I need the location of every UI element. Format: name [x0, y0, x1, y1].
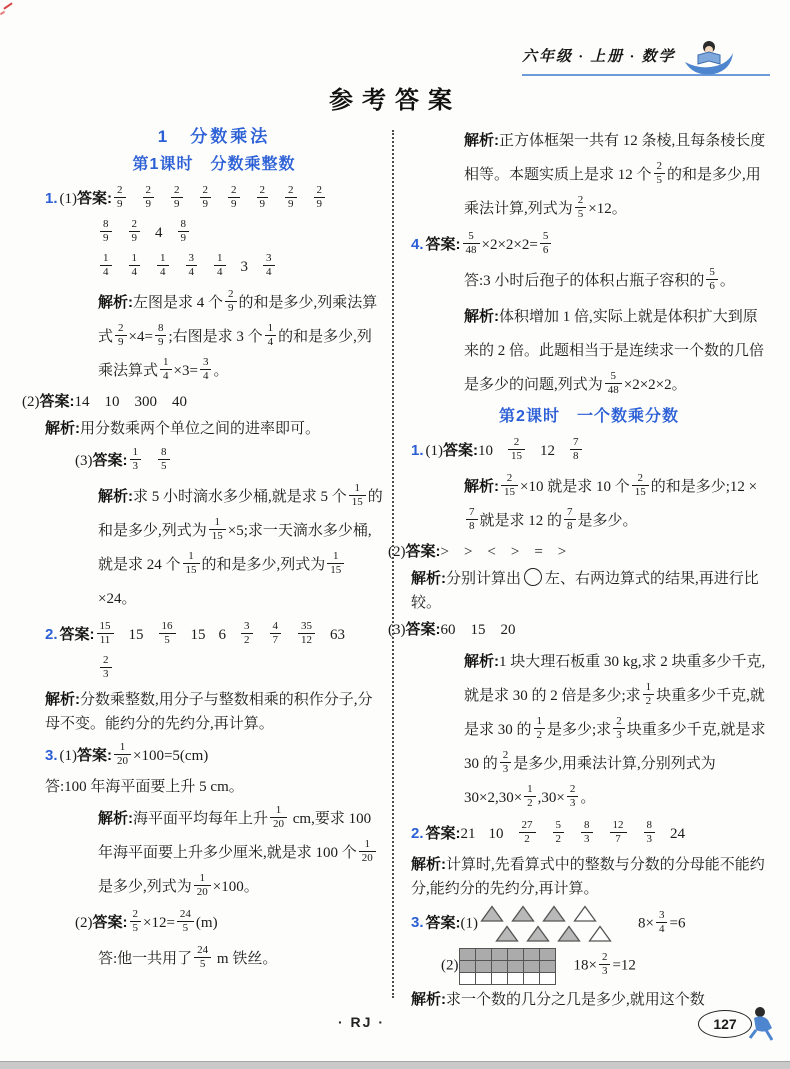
item-number: 3. [411, 914, 426, 931]
fraction: 29 [143, 184, 155, 210]
fraction-numerator: 1 [157, 252, 169, 266]
scan-edge [0, 1061, 790, 1069]
fraction-numerator: 24 [194, 944, 211, 958]
fraction-numerator: 2 [228, 184, 240, 198]
fraction-numerator: 2 [654, 160, 666, 174]
fraction-numerator: 3 [656, 909, 668, 923]
fraction-numerator: 35 [298, 620, 315, 634]
section-heading: 1 分数乘法 [45, 124, 383, 150]
fraction-numerator: 1 [194, 872, 211, 886]
fraction-numerator: 5 [540, 230, 552, 244]
fraction-denominator: 3 [130, 460, 142, 473]
fraction: 215 [501, 472, 518, 498]
fraction: 120 [270, 804, 287, 830]
text-run: 3 [241, 259, 249, 275]
fraction-denominator: 20 [194, 886, 211, 899]
fraction: 29 [129, 218, 141, 244]
answer-paragraph: 1.(1)答案:102151278 [464, 434, 767, 468]
answer-sheet-page: 六年级 · 上册 · 数学 参考答案 1 分数乘法第1课时 分数乘整数1.(1)… [0, 0, 790, 1069]
fraction-denominator: 20 [359, 852, 376, 865]
fraction-denominator: 4 [263, 266, 275, 279]
fraction-numerator: 2 [257, 184, 269, 198]
text-run: ×100=5(cm) [133, 748, 208, 764]
fraction-denominator: 4 [265, 336, 277, 349]
fraction-denominator: 2 [241, 634, 253, 647]
answer-paragraph: (2)答案:25×12=245(m) [98, 906, 383, 940]
answer-paragraph: 解析:215×10 就是求 10 个215的和是多少;12 ×78就是求 12 … [464, 470, 767, 538]
text-run: (1) [461, 915, 479, 931]
fraction-numerator: 1 [129, 252, 141, 266]
fraction-numerator: 1 [183, 550, 200, 564]
fraction: 14 [129, 252, 141, 278]
fraction-denominator: 4 [214, 266, 226, 279]
page-number-badge: 127 [698, 1004, 778, 1046]
fraction-denominator: 2 [519, 833, 536, 846]
text-run: ×3= [174, 363, 198, 379]
text-run: ×2×2×2。 [624, 377, 687, 393]
text-run: 海平面平均每年上升 [133, 811, 268, 827]
text-run: (m) [196, 915, 218, 931]
fraction-numerator: 1 [100, 252, 112, 266]
grid-row [459, 948, 555, 960]
answers-left-column: 1 分数乘法第1课时 分数乘整数1.(1)答案:2929292929292929… [45, 124, 383, 1015]
fraction: 29 [200, 184, 212, 210]
text-run: 15 [129, 627, 144, 643]
fraction-denominator: 4 [100, 266, 112, 279]
empty-cell [491, 972, 508, 985]
fraction-numerator: 16 [159, 620, 176, 634]
scan-mark [3, 2, 12, 9]
fraction-numerator: 1 [643, 681, 655, 695]
answer-label: 解析: [464, 308, 499, 325]
text-run: 63 [330, 627, 345, 643]
answer-label: 答案: [77, 190, 112, 207]
item-number: 1. [45, 190, 60, 207]
fraction-denominator: 15 [632, 486, 649, 499]
fraction: 120 [114, 741, 131, 767]
text-run: 24 [670, 826, 685, 842]
fraction-denominator: 3 [567, 797, 579, 810]
fraction-denominator: 48 [463, 244, 480, 257]
fraction-denominator: 5 [158, 460, 170, 473]
fraction: 115 [209, 516, 226, 542]
fraction-numerator: 2 [314, 184, 326, 198]
text-run: 分别计算出 [446, 571, 521, 587]
section-heading: 第1课时 分数乘整数 [45, 152, 383, 178]
text-run: 分数乘整数,用分子与整数相乘的积作分子,分母不变。能约分的先约分,再计算。 [45, 692, 373, 732]
answer-paragraph: 2.答案:211027252831278324 [464, 817, 767, 851]
text-run: 用分数乘两个单位之间的进率即可。 [80, 421, 320, 437]
fraction-numerator: 2 [129, 218, 141, 232]
fraction-denominator: 9 [314, 198, 326, 211]
text-run: ×4= [129, 329, 153, 345]
fraction: 78 [466, 506, 478, 532]
empty-triangle-icon [588, 924, 612, 943]
text-run: > > < > = > [441, 544, 567, 560]
answer-label: 答案: [77, 747, 112, 764]
fraction-numerator: 2 [285, 184, 297, 198]
shaded-triangle-icon [495, 924, 519, 943]
text-run: 答:他一共用了 [98, 951, 192, 967]
fraction-denominator: 15 [349, 496, 366, 509]
fraction-numerator: 15 [97, 620, 114, 634]
fraction: 34 [200, 356, 212, 382]
answer-label: 解析: [98, 294, 133, 311]
fraction: 29 [225, 288, 237, 314]
fraction: 23 [567, 783, 579, 809]
text-run: (2) [388, 544, 406, 560]
fraction-numerator: 1 [534, 715, 546, 729]
text-run: ×24。 [98, 591, 136, 607]
text-run: 计算时,先看算式中的整数与分数的分母能不能约分,能约分的先约分,再计算。 [411, 857, 765, 897]
fraction-denominator: 4 [157, 266, 169, 279]
text-run: 10 [478, 443, 493, 459]
fraction: 83 [581, 819, 593, 845]
fraction-denominator: 9 [285, 198, 297, 211]
fraction-numerator: 3 [186, 252, 198, 266]
fraction-denominator: 5 [654, 174, 666, 187]
text-run: 左图是求 4 个 [133, 295, 223, 311]
fraction-numerator: 3 [200, 356, 212, 370]
answer-paragraph: 答:100 年海平面要上升 5 cm。 [45, 775, 383, 799]
fraction-numerator: 5 [706, 266, 718, 280]
fraction-numerator: 1 [524, 783, 536, 797]
scan-mark [0, 11, 5, 16]
page-header: 六年级 · 上册 · 数学 [522, 38, 770, 76]
fraction-denominator: 15 [183, 564, 200, 577]
fraction-denominator: 3 [581, 833, 593, 846]
fraction-numerator: 2 [225, 288, 237, 302]
empty-cell [459, 972, 476, 985]
fraction-denominator: 6 [540, 244, 552, 257]
shaded-triangle-icon [542, 904, 566, 923]
text-run: 。 [720, 273, 735, 289]
text-run: 是多少;求 [547, 722, 611, 738]
fraction: 23 [100, 654, 112, 680]
answer-label: 答案: [443, 442, 478, 459]
fraction: 56 [706, 266, 718, 292]
fraction-numerator: 2 [501, 472, 518, 486]
item-number: 2. [411, 825, 426, 842]
fraction: 23 [613, 715, 625, 741]
fraction: 34 [656, 909, 668, 935]
fraction-numerator: 1 [349, 482, 366, 496]
fraction: 29 [314, 184, 326, 210]
answers-right-column: 解析:正方体框架一共有 12 条棱,且每条棱长度相等。本题实质上是求 12 个2… [411, 124, 767, 1015]
fraction-numerator: 2 [171, 184, 183, 198]
fraction-numerator: 2 [115, 322, 127, 336]
empty-cell [507, 972, 524, 985]
fraction-denominator: 12 [298, 634, 315, 647]
fraction-denominator: 48 [605, 384, 622, 397]
answer-label: 解析: [411, 991, 446, 1008]
fraction-numerator: 1 [160, 356, 172, 370]
answer-paragraph: 解析:分别计算出左、右两边算式的结果,再进行比较。 [411, 567, 767, 615]
answer-paragraph: 答:3 小时后孢子的体积占瓶子容积的56。 [464, 264, 767, 298]
fraction-denominator: 3 [644, 833, 656, 846]
fraction: 47 [270, 620, 282, 646]
answer-paragraph: 解析:海平面平均每年上升120 cm,要求 100 年海平面要上升多少厘米,就是… [98, 802, 383, 904]
text-run: =12 [612, 957, 635, 973]
fraction-denominator: 4 [200, 370, 212, 383]
empty-cell [475, 972, 492, 985]
circle-placeholder-icon [524, 568, 542, 586]
answer-paragraph: 2.答案:151115165156324735126323 [98, 618, 383, 686]
fraction-denominator: 5 [177, 922, 194, 935]
text-run: 8× [623, 915, 654, 931]
text-run: (2) [441, 957, 459, 973]
fraction: 115 [327, 550, 344, 576]
shaded-triangle-icon [526, 924, 550, 943]
fraction: 14 [157, 252, 169, 278]
page-title: 参考答案 [0, 80, 790, 115]
answer-label: 解析: [45, 420, 80, 437]
answer-label: 答案: [406, 543, 441, 560]
answers-body: 1 分数乘法第1课时 分数乘整数1.(1)答案:2929292929292929… [45, 124, 767, 1015]
text-run: 21 [461, 826, 476, 842]
fraction: 23 [500, 749, 512, 775]
section-heading: 第2课时 一个数乘分数 [411, 404, 767, 430]
text-run: (1) [60, 191, 78, 207]
fraction-denominator: 3 [100, 668, 112, 681]
grid-figure [459, 948, 555, 984]
fraction: 29 [285, 184, 297, 210]
empty-triangle-icon [573, 904, 597, 923]
fraction-numerator: 12 [610, 819, 627, 833]
fraction-numerator: 27 [519, 819, 536, 833]
text-run: ×10 就是求 10 个 [520, 479, 630, 495]
answer-paragraph: 3.答案:(1) 8×34=6 [464, 904, 767, 944]
item-number: 2. [45, 626, 60, 643]
answer-paragraph: 1.(1)答案:29292929292929298929489141414341… [98, 182, 383, 284]
fraction-numerator: 7 [564, 506, 576, 520]
fraction-denominator: 5 [130, 922, 142, 935]
empty-cell [523, 972, 540, 985]
fraction-denominator: 15 [501, 486, 518, 499]
fraction: 548 [463, 230, 480, 256]
answer-label: 答案: [60, 626, 95, 643]
text-run: 10 [489, 826, 504, 842]
text-run: ×12= [143, 915, 175, 931]
fraction-denominator: 3 [613, 729, 625, 742]
text-run: 的和是多少;12 × [651, 479, 757, 495]
text-run: 。 [213, 363, 228, 379]
fraction-denominator: 9 [143, 198, 155, 211]
grid-row [459, 972, 555, 984]
fraction: 12 [534, 715, 546, 741]
answer-label: 答案: [426, 914, 461, 931]
fraction-denominator: 15 [508, 450, 525, 463]
fraction-numerator: 2 [632, 472, 649, 486]
fraction: 215 [508, 436, 525, 462]
fraction: 34 [263, 252, 275, 278]
answer-label: 解析: [464, 653, 499, 670]
fraction-denominator: 9 [155, 336, 167, 349]
fraction: 165 [159, 620, 176, 646]
item-number: 4. [411, 236, 426, 253]
answer-paragraph: 答:他一共用了245 m 铁丝。 [98, 942, 383, 976]
fraction-numerator: 2 [500, 749, 512, 763]
fraction: 29 [228, 184, 240, 210]
grid-row [459, 960, 555, 972]
page-number: 127 [698, 1010, 752, 1038]
fraction-numerator: 2 [143, 184, 155, 198]
edition-label: 六年级 · 上册 · 数学 [522, 45, 676, 70]
answer-paragraph: 解析:体积增加 1 倍,实际上就是体积扩大到原来的 2 倍。此题相当于是连续求一… [464, 300, 767, 402]
fraction-denominator: 4 [656, 923, 668, 936]
text-run: ×100。 [213, 879, 259, 895]
answer-label: 解析: [464, 132, 499, 149]
fraction: 34 [186, 252, 198, 278]
text-run: 14 10 300 40 [75, 394, 188, 410]
fraction: 14 [100, 252, 112, 278]
fraction-denominator: 20 [114, 755, 131, 768]
text-run: 。 [580, 790, 595, 806]
fraction-denominator: 9 [178, 232, 190, 245]
fraction-numerator: 5 [605, 370, 622, 384]
fraction-numerator: 1 [214, 252, 226, 266]
fraction: 115 [183, 550, 200, 576]
fraction: 29 [114, 184, 126, 210]
fraction-numerator: 1 [327, 550, 344, 564]
fraction-numerator: 8 [644, 819, 656, 833]
text-run: (3) [75, 453, 93, 469]
fraction-numerator: 2 [200, 184, 212, 198]
answer-label: 解析: [411, 570, 446, 587]
fraction: 245 [177, 908, 194, 934]
fraction-denominator: 9 [114, 198, 126, 211]
fraction-denominator: 9 [228, 198, 240, 211]
text-run: 4 [155, 225, 163, 241]
reading-mascot-icon [682, 38, 736, 78]
fraction-numerator: 5 [463, 230, 480, 244]
answer-label: 解析: [464, 478, 499, 495]
fraction-denominator: 9 [257, 198, 269, 211]
text-run: (2) [75, 915, 93, 931]
text-run: 答:3 小时后孢子的体积占瓶子容积的 [464, 273, 704, 289]
fraction: 89 [155, 322, 167, 348]
fraction-numerator: 1 [130, 446, 142, 460]
fraction-denominator: 9 [171, 198, 183, 211]
answer-label: 答案: [406, 621, 441, 638]
fraction-denominator: 11 [97, 634, 114, 647]
fraction: 127 [610, 819, 627, 845]
empty-cell [539, 972, 556, 985]
fraction: 29 [257, 184, 269, 210]
answer-paragraph: (2)答案:> > < > = > [411, 540, 767, 564]
answer-paragraph: (2) 18×23=12 [464, 946, 767, 986]
text-run: 6 [219, 627, 227, 643]
text-run: 是多少。 [578, 513, 638, 529]
text-run: (2) [22, 394, 40, 410]
answer-paragraph: 解析:用分数乘两个单位之间的进率即可。 [45, 417, 383, 441]
fraction: 272 [519, 819, 536, 845]
text-run: 12 [540, 443, 555, 459]
answer-label: 答案: [93, 914, 128, 931]
fraction-denominator: 8 [466, 520, 478, 533]
imprint-label: · RJ · [338, 1014, 385, 1030]
fraction-numerator: 3 [241, 620, 253, 634]
text-run: ;右图是求 3 个 [168, 329, 262, 345]
fraction-denominator: 8 [570, 450, 582, 463]
fraction-denominator: 4 [160, 370, 172, 383]
fraction: 1511 [97, 620, 114, 646]
fraction: 25 [654, 160, 666, 186]
fraction-denominator: 9 [115, 336, 127, 349]
fraction-numerator: 8 [158, 446, 170, 460]
text-run: 求 5 小时滴水多少桶,就是求 5 个 [133, 489, 347, 505]
text-run: 18× [559, 957, 597, 973]
answer-paragraph: (3)答案:1385 [98, 444, 383, 478]
fraction-denominator: 2 [524, 797, 536, 810]
fraction-numerator: 2 [613, 715, 625, 729]
fraction-numerator: 1 [114, 741, 131, 755]
fraction-denominator: 15 [209, 530, 226, 543]
fraction-numerator: 8 [100, 218, 112, 232]
triangle-row [480, 904, 619, 924]
text-run: =6 [669, 915, 685, 931]
fraction: 14 [160, 356, 172, 382]
fraction-denominator: 9 [225, 302, 237, 315]
answer-paragraph: 解析:左图是求 4 个29的和是多少,列乘法算式29×4=89;右图是求 3 个… [98, 286, 383, 388]
fraction-numerator: 1 [270, 804, 287, 818]
text-run: 60 15 20 [441, 622, 516, 638]
fraction-denominator: 3 [500, 763, 512, 776]
fraction-numerator: 7 [466, 506, 478, 520]
fraction: 78 [570, 436, 582, 462]
answer-label: 答案: [426, 236, 461, 253]
text-run: 就是求 12 的 [480, 513, 563, 529]
fraction: 120 [194, 872, 211, 898]
text-run: (3) [388, 622, 406, 638]
fraction: 23 [599, 951, 611, 977]
fraction-denominator: 15 [327, 564, 344, 577]
fraction-denominator: 4 [186, 266, 198, 279]
fraction: 12 [524, 783, 536, 809]
fraction-numerator: 8 [581, 819, 593, 833]
text-run: (1) [60, 748, 78, 764]
fraction-denominator: 9 [200, 198, 212, 211]
fraction-denominator: 7 [270, 634, 282, 647]
fraction: 78 [564, 506, 576, 532]
answer-label: 答案: [40, 393, 75, 410]
text-run: 15 [191, 627, 206, 643]
fraction-denominator: 8 [564, 520, 576, 533]
fraction-numerator: 2 [130, 908, 142, 922]
answer-paragraph: 解析:正方体框架一共有 12 条棱,且每条棱长度相等。本题实质上是求 12 个2… [464, 124, 767, 226]
text-run: 求一个数的几分之几是多少,就用这个数 [446, 992, 705, 1008]
answer-label: 答案: [426, 825, 461, 842]
fraction-denominator: 2 [553, 833, 565, 846]
answer-label: 答案: [93, 452, 128, 469]
fraction-denominator: 20 [270, 818, 287, 831]
text-run: ×2×2×2= [482, 237, 538, 253]
text-run: m 铁丝。 [213, 951, 277, 967]
fraction-denominator: 5 [575, 208, 587, 221]
text-run: 的和是多少,列式为 [202, 557, 326, 573]
fraction-numerator: 8 [178, 218, 190, 232]
fraction: 25 [130, 908, 142, 934]
shaded-triangle-icon [557, 924, 581, 943]
answer-label: 解析: [411, 856, 446, 873]
fraction: 52 [553, 819, 565, 845]
fraction-numerator: 2 [567, 783, 579, 797]
fraction-numerator: 2 [599, 951, 611, 965]
text-run: ,30× [538, 790, 565, 806]
fraction-numerator: 3 [263, 252, 275, 266]
fraction-numerator: 1 [359, 838, 376, 852]
fraction: 32 [241, 620, 253, 646]
